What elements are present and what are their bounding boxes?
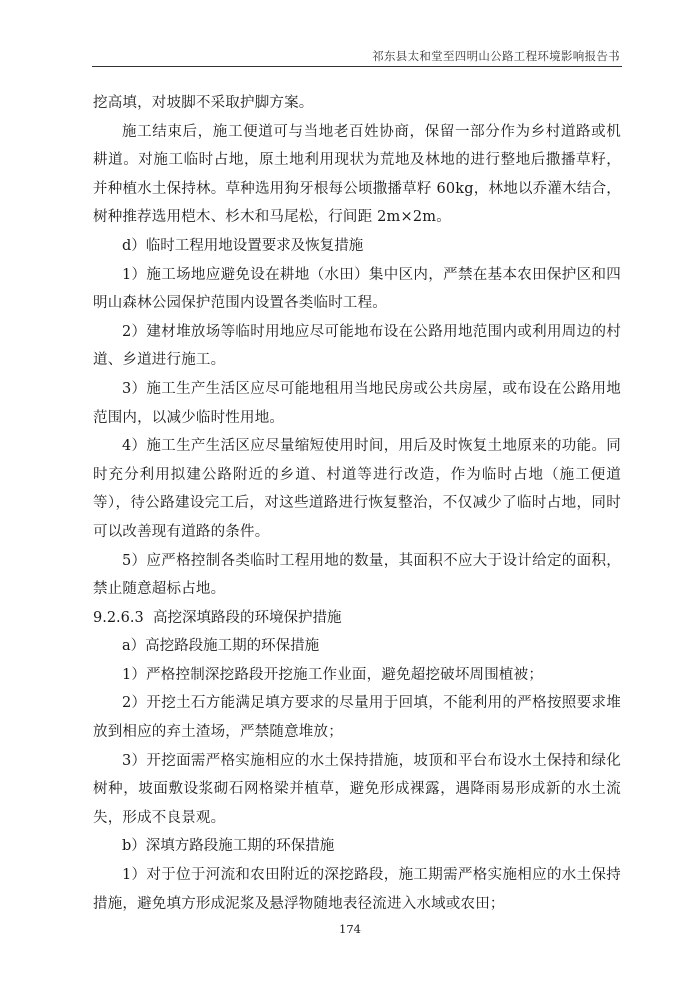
- page-body: 挖高填，对坡脚不采取护脚方案。 施工结束后，施工便道可与当地老百姓协商，保留一部…: [93, 89, 621, 918]
- report-title: 祁东县太和堂至四明山公路工程环境影响报告书: [372, 48, 620, 64]
- paragraph-b1: 1）对于位于河流和农田附近的深挖路段，施工期需严格实施相应的水土保持措施，避免填…: [93, 861, 621, 918]
- paragraph-a1: 1）严格控制深挖路段开挖施工作业面，避免超挖破坏周围植被；: [93, 661, 621, 690]
- page-number: 174: [0, 922, 700, 936]
- continuation-text: 挖高填，对坡脚不采取护脚方案。: [93, 89, 621, 118]
- paragraph-a3: 3）开挖面需严格实施相应的水土保持措施，坡顶和平台布设水土保持和绿化树种，坡面敷…: [93, 747, 621, 833]
- paragraph-post-construction: 施工结束后，施工便道可与当地老百姓协商，保留一部分作为乡村道路或机耕道。对施工临…: [93, 118, 621, 232]
- paragraph-d5: 5）应严格控制各类临时工程用地的数量，其面积不应大于设计给定的面积，禁止随意超标…: [93, 547, 621, 604]
- section-heading-9-2-6-3: 9.2.6.3 高挖深填路段的环境保护措施: [93, 604, 621, 633]
- paragraph-d2: 2）建材堆放场等临时用地应尽可能地布设在公路用地范围内或利用周边的村道、乡道进行…: [93, 318, 621, 375]
- subheading-b: b）深填方路段施工期的环保措施: [93, 832, 621, 861]
- paragraph-a2: 2）开挖土石方能满足填方要求的尽量用于回填，不能利用的严格按照要求堆放到相应的弃…: [93, 689, 621, 746]
- paragraph-d1: 1）施工场地应避免设在耕地（水田）集中区内，严禁在基本农田保护区和四明山森林公园…: [93, 261, 621, 318]
- subheading-a: a）高挖路段施工期的环保措施: [93, 632, 621, 661]
- page-header: 祁东县太和堂至四明山公路工程环境影响报告书: [92, 40, 622, 67]
- paragraph-d4: 4）施工生产生活区应尽量缩短使用时间，用后及时恢复土地原来的功能。同时充分利用拟…: [93, 432, 621, 546]
- subheading-d: d）临时工程用地设置要求及恢复措施: [93, 232, 621, 261]
- paragraph-d3: 3）施工生产生活区应尽可能地租用当地民房或公共房屋，或布设在公路用地范围内，以减…: [93, 375, 621, 432]
